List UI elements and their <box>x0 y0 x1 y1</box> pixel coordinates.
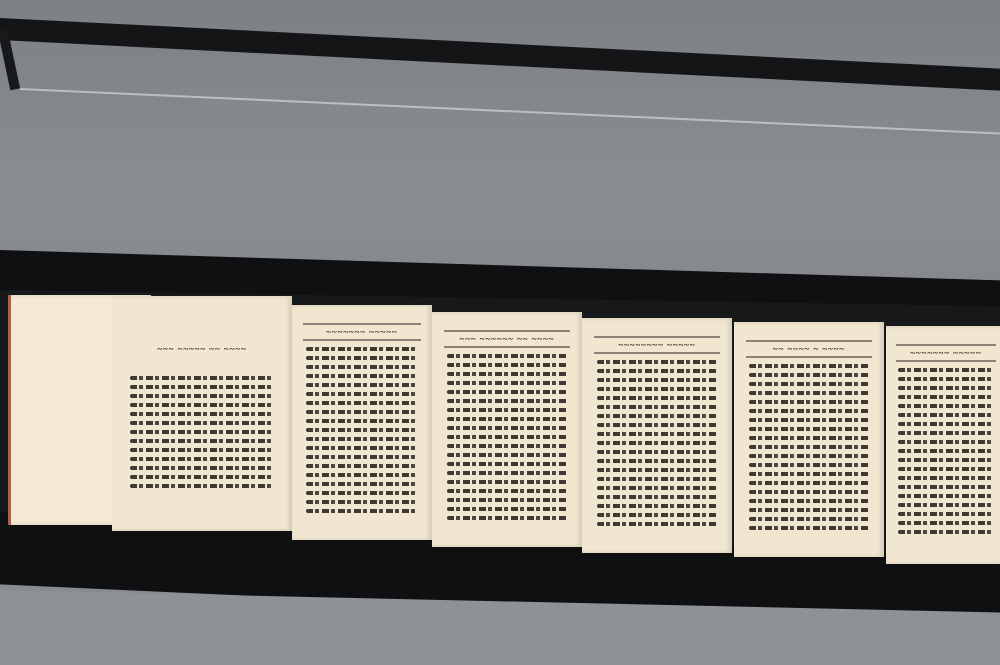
display-case-top-rail <box>0 18 1000 92</box>
page-title: ~~ ~~~~ ~ ~~~~ <box>734 344 884 354</box>
page-text-blocks <box>130 376 274 493</box>
page-text-blocks <box>749 364 869 535</box>
book-page-5: ~~ ~~~~ ~ ~~~~ <box>734 322 884 557</box>
book-page-6: ~~~~~~~ ~~~~~ <box>886 326 1000 564</box>
glass-edge-reflection <box>20 88 1000 135</box>
page-title: ~~~ ~~~~~~ ~~ ~~~~ <box>432 334 582 344</box>
page-text-blocks <box>597 360 717 531</box>
book-page-1: ~~~ ~~~~~ ~~ ~~~~ <box>112 296 292 531</box>
page-title: ~~~~~~~ ~~~~~ <box>886 348 1000 358</box>
book-page-3: ~~~ ~~~~~~ ~~ ~~~~ <box>432 312 582 547</box>
page-title: ~~~~~~~~ ~~~~~ <box>582 340 732 350</box>
page-title: ~~~ ~~~~~ ~~ ~~~~ <box>112 344 292 354</box>
book-page-2: ~~~~~~~ ~~~~~ <box>292 305 432 540</box>
page-text-blocks <box>306 347 418 518</box>
page-text-blocks <box>898 368 994 539</box>
book-page-4: ~~~~~~~~ ~~~~~ <box>582 318 732 553</box>
page-title: ~~~~~~~ ~~~~~ <box>292 327 432 337</box>
page-text-blocks <box>447 354 567 525</box>
